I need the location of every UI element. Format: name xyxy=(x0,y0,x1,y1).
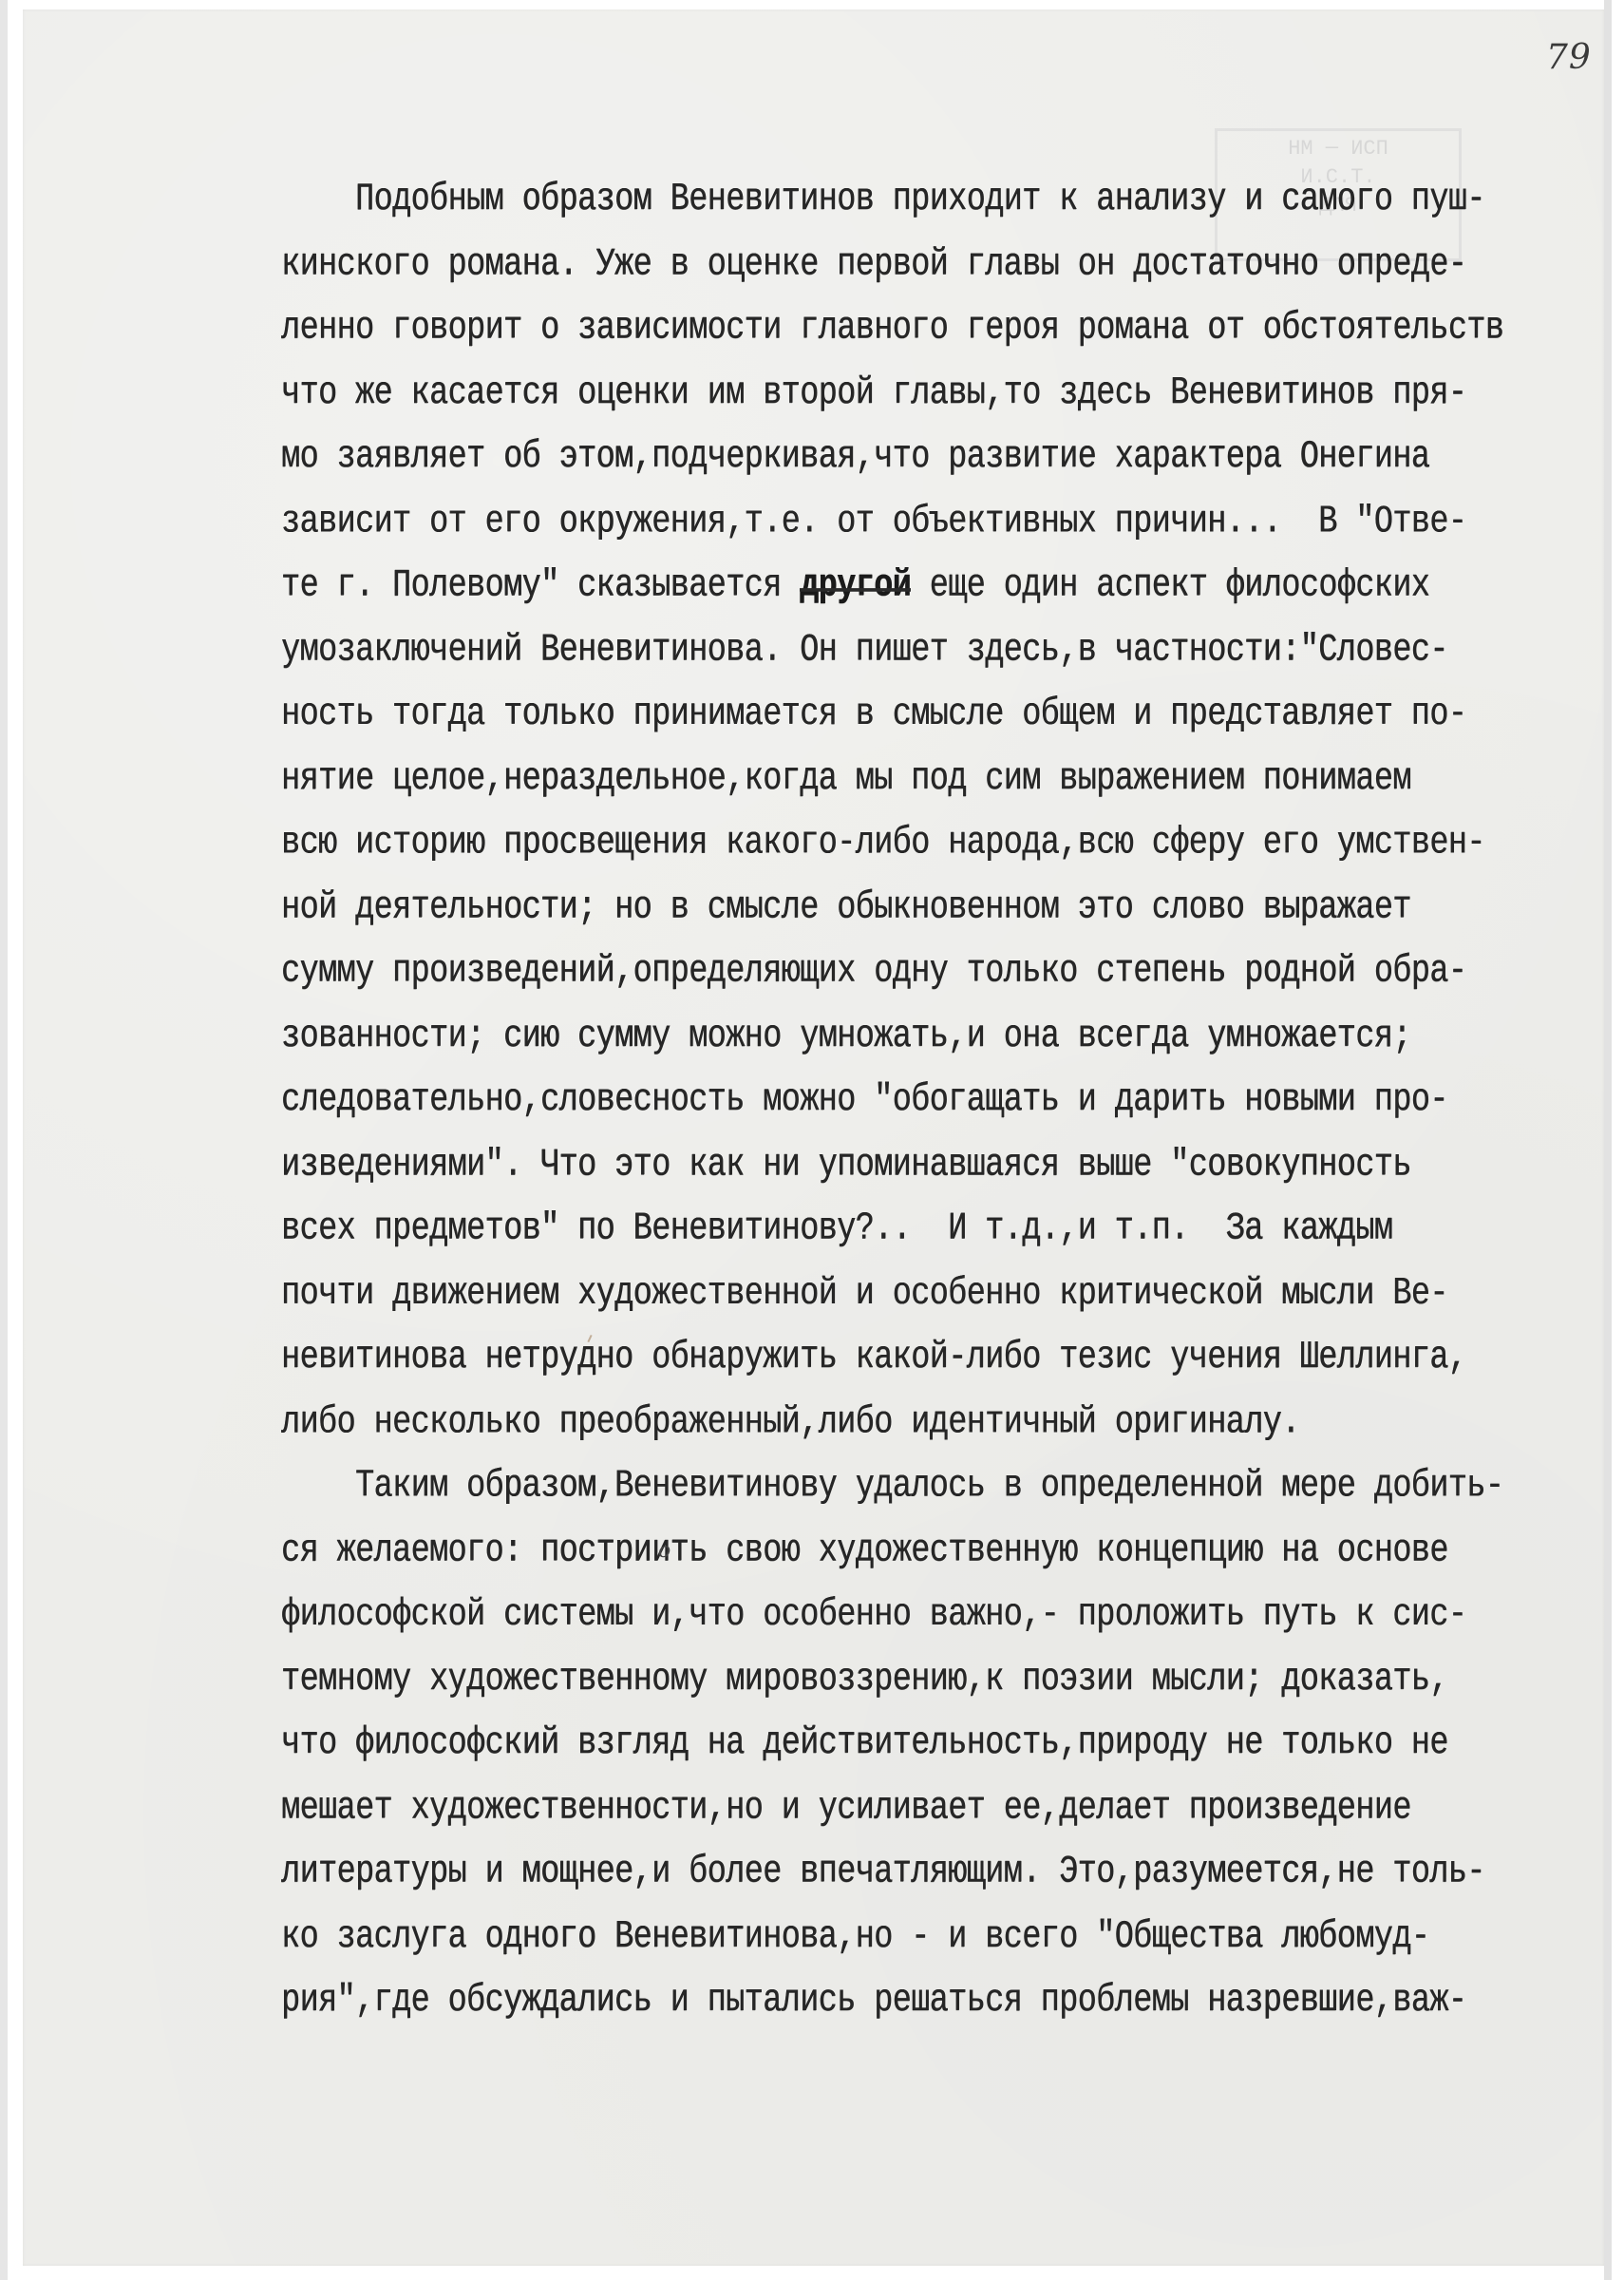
text-line: изведениями". Что это как ни упоминавшая… xyxy=(281,1142,1624,1206)
page-number: 79 xyxy=(1546,38,1592,77)
text-line: литературы и мощнее,и более впечатляющим… xyxy=(281,1849,1624,1913)
text-line: что философский взгляд на действительнос… xyxy=(281,1720,1624,1785)
text-line: что же касается оценки им второй главы,т… xyxy=(281,370,1624,434)
text-line: умозаключений Веневитинова. Он пишет зде… xyxy=(281,627,1624,692)
text-line: мо заявляет об этом,подчеркивая,что разв… xyxy=(281,434,1624,499)
text-line: философской системы и,что особенно важно… xyxy=(281,1592,1624,1657)
text-line: Подобным образом Веневитинов приходит к … xyxy=(281,177,1624,241)
text-line: ко заслуга одного Веневитинова,но - и вс… xyxy=(281,1913,1624,1978)
text-line: зованности; сию сумму можно умножать,и о… xyxy=(281,1013,1624,1077)
handwritten-correction: о xyxy=(658,1539,670,1563)
text-line: зависит от его окружения,т.е. от объекти… xyxy=(281,499,1624,563)
text-line: те г. Полевому" сказывается другой еще о… xyxy=(281,562,1624,627)
scan-left-edge xyxy=(0,0,8,2280)
text-line: ность тогда только принимается в смысле … xyxy=(281,692,1624,756)
text-line: всю историю просвещения какого-либо наро… xyxy=(281,820,1624,884)
stamp-line: HM ─ ИСП xyxy=(1218,135,1459,163)
text-line: либо несколько преображенный,либо иденти… xyxy=(281,1398,1624,1463)
text-line: ной деятельности; но в смысле обыкновенн… xyxy=(281,884,1624,949)
text-line: рия",где обсуждались и пытались решаться… xyxy=(281,1978,1624,2042)
text-segment: еще один аспект философских xyxy=(911,563,1429,607)
text-line: ся желаемого: постриить свою художествен… xyxy=(281,1528,1624,1592)
text-line: кинского романа. Уже в оценке первой гла… xyxy=(281,241,1624,306)
text-line: нятие целое,нераздельное,когда мы под си… xyxy=(281,755,1624,820)
text-line: ленно говорит о зависимости главного гер… xyxy=(281,305,1624,370)
text-line: мешает художественности,но и усиливает е… xyxy=(281,1785,1624,1850)
struck-out-word: другой xyxy=(800,563,911,607)
text-line: всех предметов" по Веневитинову?.. И т.д… xyxy=(281,1206,1624,1270)
text-segment: те г. Полевому" сказывается xyxy=(281,563,800,607)
typewritten-text: Подобным образом Веневитинов приходит к … xyxy=(281,177,1624,2042)
text-line: следовательно,словесность можно "обогаща… xyxy=(281,1077,1624,1142)
text-line: невитинова нетрудно обнаружить какой-либ… xyxy=(281,1335,1624,1399)
text-line: Таким образом,Веневитинову удалось в опр… xyxy=(281,1463,1624,1528)
text-line: сумму произведений,определяющих одну тол… xyxy=(281,949,1624,1014)
text-line: почти движением художественной и особенн… xyxy=(281,1270,1624,1335)
text-line: темному художественному мировоззрению,к … xyxy=(281,1656,1624,1720)
